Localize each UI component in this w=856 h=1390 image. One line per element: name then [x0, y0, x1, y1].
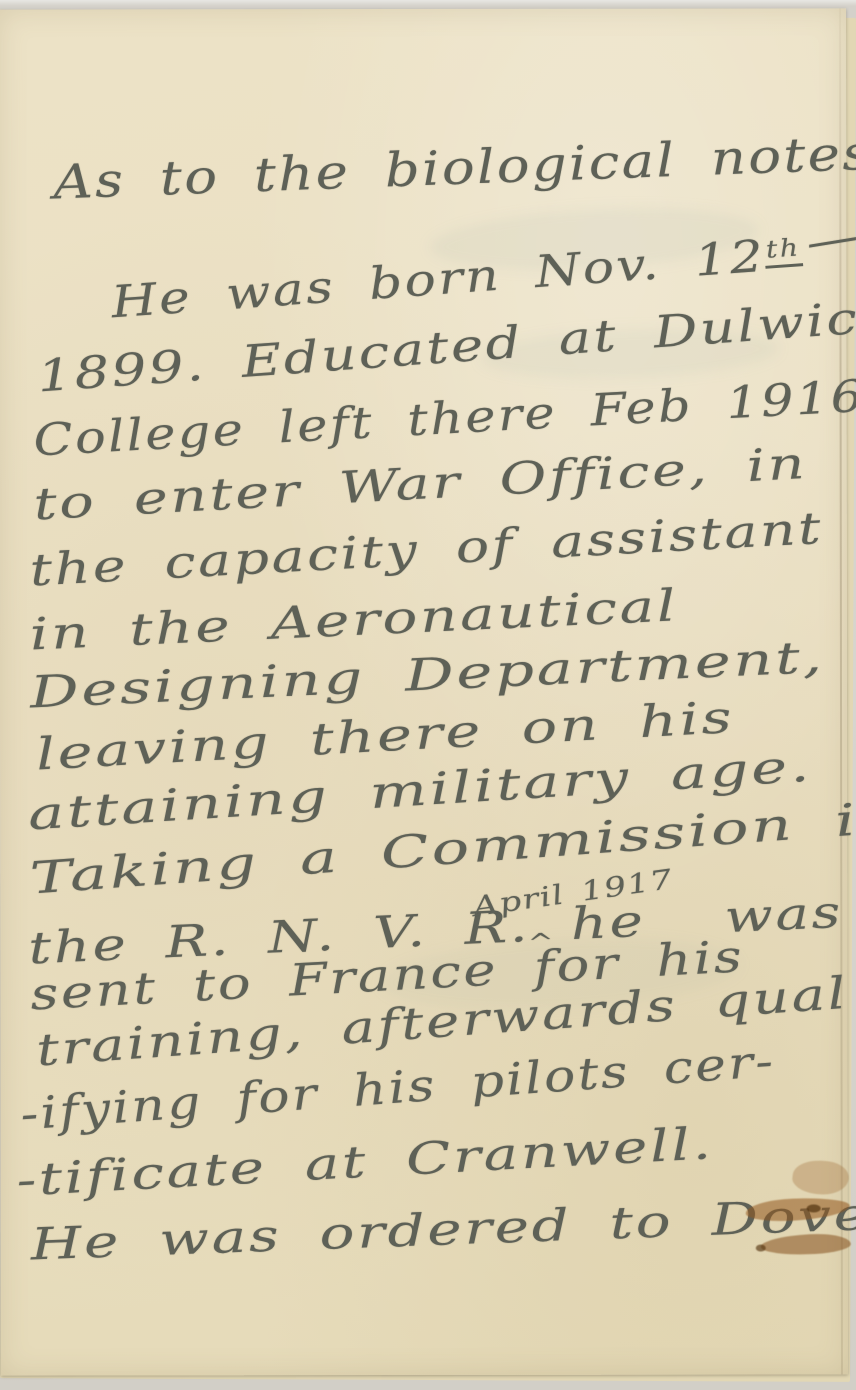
handwritten-line: He was ordered to Dover — [30, 1192, 856, 1268]
handwritten-line: -tificate at Cranwell. — [16, 1122, 715, 1203]
scan-background: As to the biological notes He was born N… — [0, 0, 856, 1390]
ordinal-superscript: th — [764, 233, 803, 269]
trailing-dash: — — [802, 214, 856, 266]
inserted-date-annotation: April 1917^ — [528, 896, 550, 941]
heading-line: As to the biological notes — [52, 130, 856, 207]
rust-stain-speck — [756, 1245, 766, 1252]
letter-page: As to the biological notes He was born N… — [0, 8, 848, 1375]
